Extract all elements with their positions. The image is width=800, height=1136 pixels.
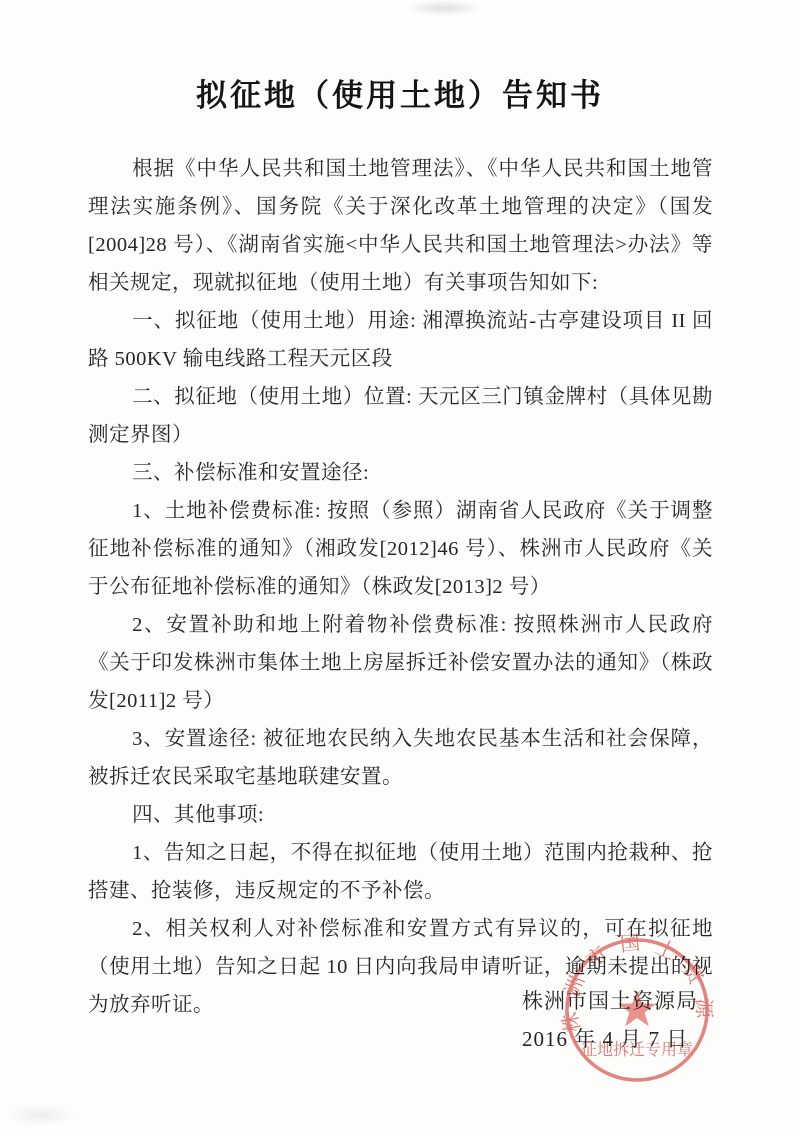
paragraph-item3-1-land-compensation: 1、土地补偿费标准: 按照（参照）湖南省人民政府《关于调整征地补偿标准的通知》（… bbox=[88, 492, 713, 606]
signature-date: 2016 年 4 月 7 日 bbox=[522, 1020, 698, 1058]
signature-agency: 株洲市国土资源局 bbox=[522, 982, 698, 1020]
scan-artifact-top bbox=[408, 0, 480, 16]
scanned-document-page: 拟征地（使用土地）告知书 根据《中华人民共和国土地管理法》、《中华人民共和国土地… bbox=[0, 0, 800, 1136]
scan-artifact-bottom bbox=[6, 1104, 76, 1126]
paragraph-item3-2-resettlement-subsidy: 2、安置补助和地上附着物补偿费标准: 按照株洲市人民政府《关于印发株洲市集体土地… bbox=[88, 606, 713, 720]
document-title: 拟征地（使用土地）告知书 bbox=[0, 70, 800, 115]
paragraph-intro: 根据《中华人民共和国土地管理法》、《中华人民共和国土地管理法实施条例》、国务院《… bbox=[88, 150, 713, 302]
signature-block: 株洲市国土资源局 2016 年 4 月 7 日 bbox=[522, 982, 698, 1058]
paragraph-item3-3-resettlement-way: 3、安置途径: 被征地农民纳入失地农民基本生活和社会保障，被拆迁农民采取宅基地联… bbox=[88, 720, 713, 796]
paragraph-item4-heading: 四、其他事项: bbox=[88, 796, 713, 834]
document-body: 根据《中华人民共和国土地管理法》、《中华人民共和国土地管理法实施条例》、国务院《… bbox=[88, 150, 713, 1024]
paragraph-item3-heading: 三、补偿标准和安置途径: bbox=[88, 454, 713, 492]
paragraph-item1-purpose: 一、拟征地（使用土地）用途: 湘潭换流站-古亭建设项目 II 回路 500KV … bbox=[88, 302, 713, 378]
paragraph-item4-1-prohibition: 1、告知之日起，不得在拟征地（使用土地）范围内抢栽种、抢搭建、抢装修，违反规定的… bbox=[88, 834, 713, 910]
paragraph-item2-location: 二、拟征地（使用土地）位置: 天元区三门镇金牌村（具体见勘测定界图） bbox=[88, 378, 713, 454]
